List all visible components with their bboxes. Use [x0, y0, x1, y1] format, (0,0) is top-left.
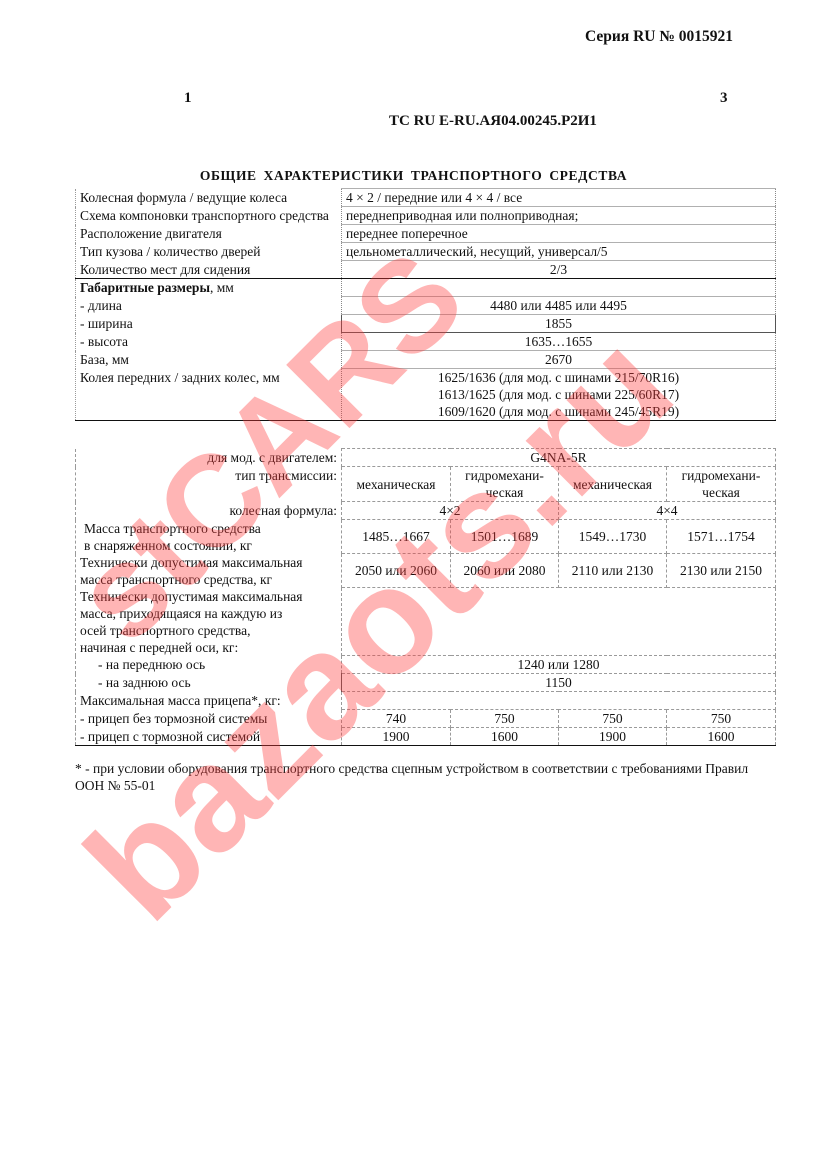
table-row: Схема компоновки транспортного средства … [76, 207, 776, 225]
curb-mass-value: 1501…1689 [451, 520, 559, 554]
table-row: тип трансмиссии: механическая гидромехан… [76, 467, 776, 502]
transmission-type: механическая [342, 467, 451, 502]
row-label: Расположение двигателя [76, 225, 342, 243]
table-row: - на заднюю ось 1150 [76, 674, 776, 692]
row-value: переднее поперечное [342, 225, 776, 243]
row-label: Колея передних / задних колес, мм [76, 369, 342, 421]
wheel-formula-label: колесная формула: [76, 502, 342, 520]
row-value [342, 279, 776, 297]
row-label: Колесная формула / ведущие колеса [76, 189, 342, 207]
row-value: 1625/1636 (для мод. с шинами 215/70R16) … [342, 369, 776, 421]
rear-axle-label: - на заднюю ось [76, 674, 342, 692]
transmission-label: тип трансмиссии: [76, 467, 342, 502]
max-mass-label: Технически допустимая максимальнаямасса … [76, 554, 342, 588]
transmission-line: гидромехани- [671, 467, 771, 484]
transmission-type: гидромехани-ческая [667, 467, 776, 502]
table-row: - на переднюю ось 1240 или 1280 [76, 656, 776, 674]
page-number-right: 3 [720, 90, 728, 107]
label-line: начиная с передней оси, кг: [80, 639, 337, 656]
curb-mass-label: Масса транспортного средствав снаряженно… [76, 520, 342, 554]
rear-axle-value: 1150 [342, 674, 776, 692]
page-title: ОБЩИЕ ХАРАКТЕРИСТИКИ ТРАНСПОРТНОГО СРЕДС… [0, 168, 827, 184]
table-row: - высота 1635…1655 [76, 333, 776, 351]
row-value: 2670 [342, 351, 776, 369]
label-line: в снаряженном состоянии, кг [84, 537, 337, 554]
row-value: 1635…1655 [342, 333, 776, 351]
front-axle-label: - на переднюю ось [76, 656, 342, 674]
max-mass-value: 2050 или 2060 [342, 554, 451, 588]
row-value: 4480 или 4485 или 4495 [342, 297, 776, 315]
transmission-line: ческая [455, 484, 554, 501]
braked-trailer-value: 1900 [559, 728, 667, 746]
row-label: База, мм [76, 351, 342, 369]
transmission-type: механическая [559, 467, 667, 502]
table-row: Масса транспортного средствав снаряженно… [76, 520, 776, 554]
row-value: 2/3 [342, 261, 776, 279]
unbraked-trailer-value: 750 [667, 710, 776, 728]
braked-trailer-value: 1900 [342, 728, 451, 746]
unbraked-trailer-label: - прицеп без тормозной системы [76, 710, 342, 728]
label-line: осей транспортного средства, [80, 622, 337, 639]
table-row: Технически допустимая максимальнаямасса,… [76, 588, 776, 656]
wheel-formula-value: 4×4 [559, 502, 776, 520]
row-label: Схема компоновки транспортного средства [76, 207, 342, 225]
unbraked-trailer-value: 750 [559, 710, 667, 728]
label-line: Масса транспортного средства [84, 520, 337, 537]
mass-table: для мод. с двигателем: G4NA-5R тип транс… [75, 448, 776, 746]
transmission-line: ческая [671, 484, 771, 501]
row-value: переднеприводная или полноприводная; [342, 207, 776, 225]
row-label: - длина [76, 297, 342, 315]
trailer-blank [342, 692, 776, 710]
dimensions-heading-bold: Габаритные размеры [80, 280, 210, 295]
general-characteristics-table: Колесная формула / ведущие колеса 4 × 2 … [75, 188, 776, 421]
track-value: 1609/1620 (для мод. с шинами 245/45R19) [346, 403, 771, 420]
max-mass-value: 2110 или 2130 [559, 554, 667, 588]
label-line: масса транспортного средства, кг [80, 571, 337, 588]
label-line: масса, приходящаяся на каждую из [80, 605, 337, 622]
document-number: ТС RU E-RU.АЯ04.00245.Р2И1 [389, 113, 597, 130]
front-axle-value: 1240 или 1280 [342, 656, 776, 674]
unbraked-trailer-value: 750 [451, 710, 559, 728]
table-row: для мод. с двигателем: G4NA-5R [76, 449, 776, 467]
braked-trailer-value: 1600 [451, 728, 559, 746]
max-mass-value: 2060 или 2080 [451, 554, 559, 588]
label-line: Технически допустимая максимальная [80, 554, 337, 571]
trailer-label: Максимальная масса прицепа*, кг: [76, 692, 342, 710]
row-label: - высота [76, 333, 342, 351]
row-value: 1855 [342, 315, 776, 333]
table-row: колесная формула: 4×2 4×4 [76, 502, 776, 520]
row-value: цельнометаллический, несущий, универсал/… [342, 243, 776, 261]
row-label: Количество мест для сидения [76, 261, 342, 279]
unbraked-trailer-value: 740 [342, 710, 451, 728]
table-row: - прицеп без тормозной системы 740 750 7… [76, 710, 776, 728]
table-row: Габаритные размеры, мм [76, 279, 776, 297]
table-row: - прицеп с тормозной системой 1900 1600 … [76, 728, 776, 746]
table-row: Расположение двигателя переднее поперечн… [76, 225, 776, 243]
label-line: Технически допустимая максимальная [80, 588, 337, 605]
dimensions-heading: Габаритные размеры, мм [76, 279, 342, 297]
page-number-left: 1 [184, 90, 192, 107]
table-row: - длина 4480 или 4485 или 4495 [76, 297, 776, 315]
wheel-formula-value: 4×2 [342, 502, 559, 520]
braked-trailer-value: 1600 [667, 728, 776, 746]
curb-mass-value: 1549…1730 [559, 520, 667, 554]
max-mass-value: 2130 или 2150 [667, 554, 776, 588]
transmission-type: гидромехани-ческая [451, 467, 559, 502]
row-label: - ширина [76, 315, 342, 333]
dimensions-heading-unit: , мм [210, 280, 234, 295]
track-value: 1613/1625 (для мод. с шинами 225/60R17) [346, 386, 771, 403]
engine-value: G4NA-5R [342, 449, 776, 467]
series-number: Серия RU № 0015921 [585, 28, 733, 46]
braked-trailer-label: - прицеп с тормозной системой [76, 728, 342, 746]
table-row: База, мм 2670 [76, 351, 776, 369]
footnote: * - при условии оборудования транспортно… [75, 760, 765, 794]
table-row: Колея передних / задних колес, мм 1625/1… [76, 369, 776, 421]
table-row: Тип кузова / количество дверей цельномет… [76, 243, 776, 261]
transmission-line: гидромехани- [455, 467, 554, 484]
curb-mass-value: 1485…1667 [342, 520, 451, 554]
curb-mass-value: 1571…1754 [667, 520, 776, 554]
table-row: Максимальная масса прицепа*, кг: [76, 692, 776, 710]
table-row: Количество мест для сидения 2/3 [76, 261, 776, 279]
table-row: Колесная формула / ведущие колеса 4 × 2 … [76, 189, 776, 207]
engine-label: для мод. с двигателем: [76, 449, 342, 467]
row-label: Тип кузова / количество дверей [76, 243, 342, 261]
track-value: 1625/1636 (для мод. с шинами 215/70R16) [346, 369, 771, 386]
table-row: - ширина 1855 [76, 315, 776, 333]
row-value: 4 × 2 / передние или 4 × 4 / все [342, 189, 776, 207]
axle-mass-label: Технически допустимая максимальнаямасса,… [76, 588, 342, 656]
table-row: Технически допустимая максимальнаямасса … [76, 554, 776, 588]
axle-mass-blank [342, 588, 776, 656]
